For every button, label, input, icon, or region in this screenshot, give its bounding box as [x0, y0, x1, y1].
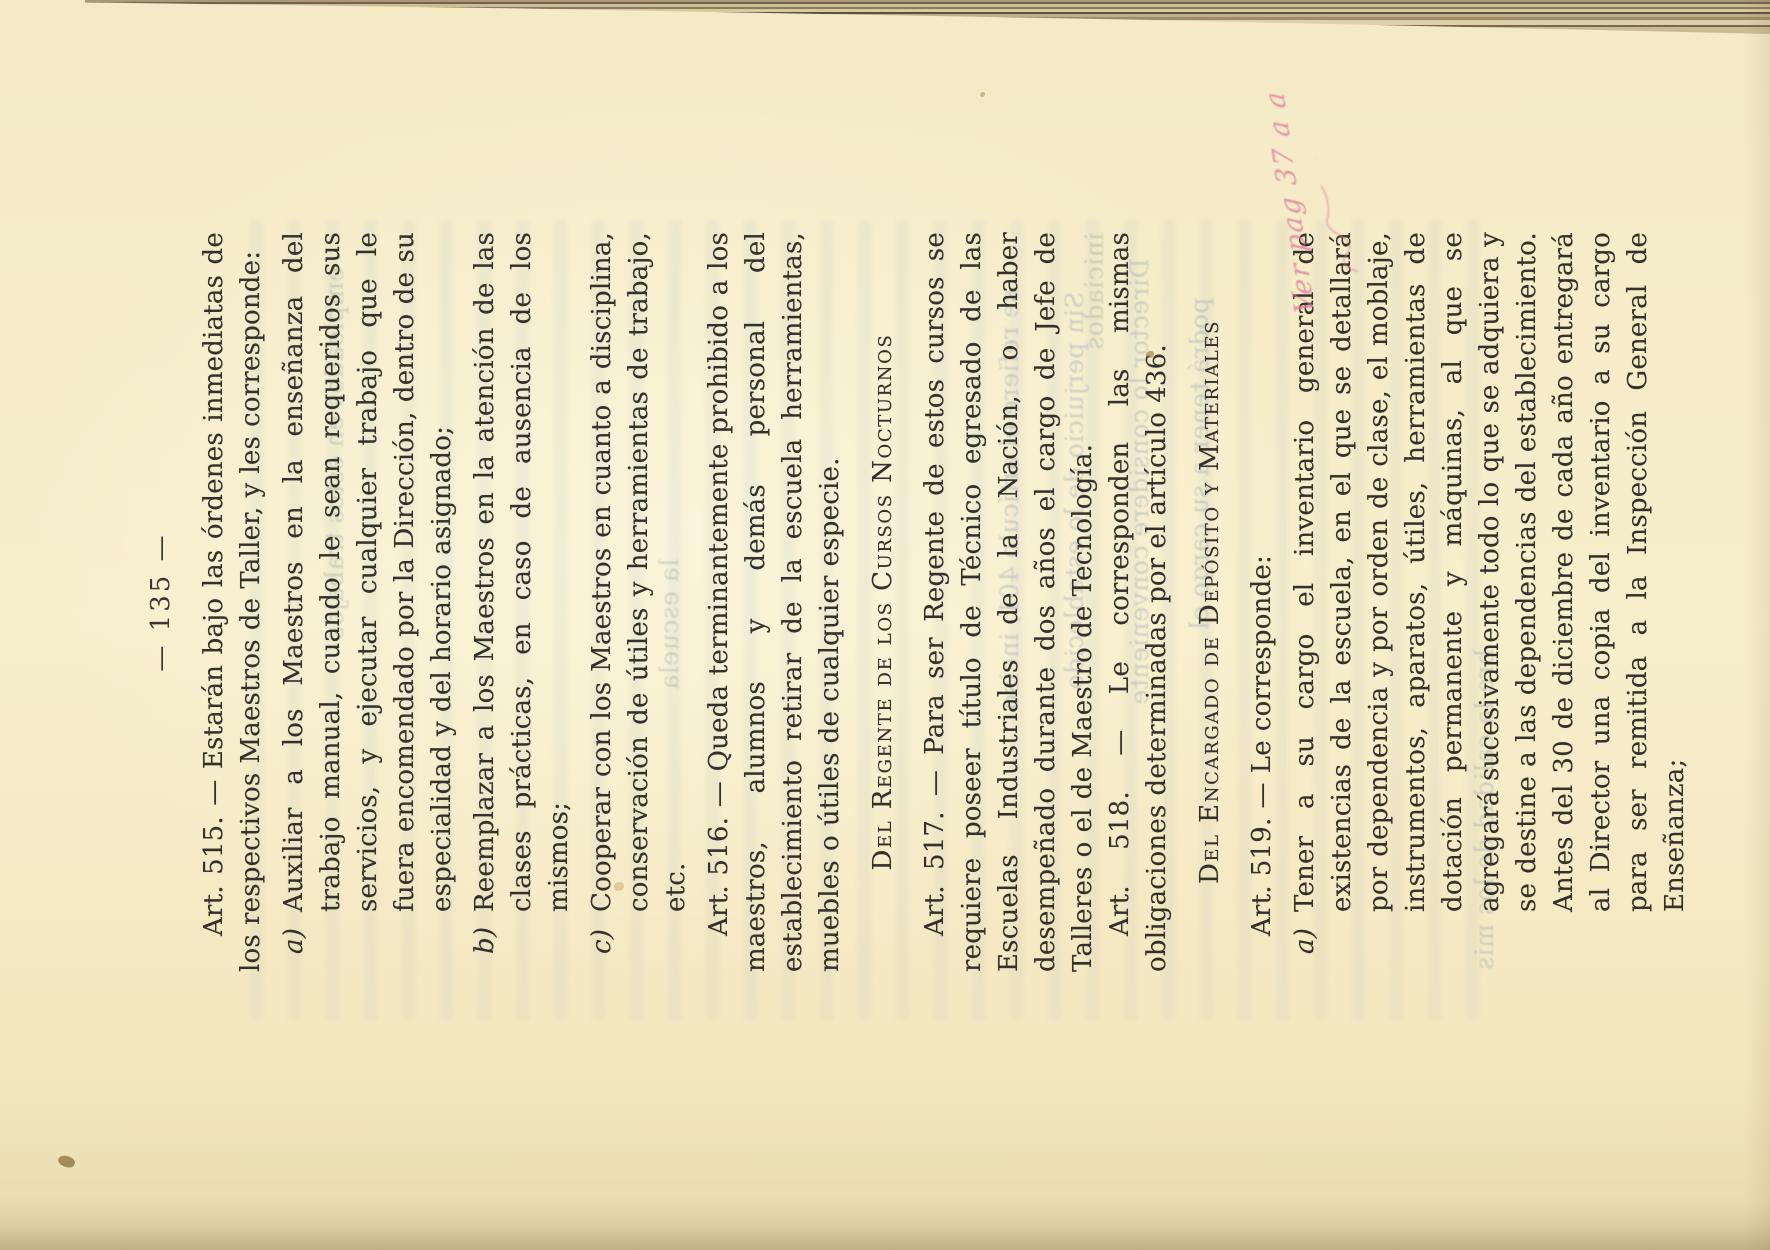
gutter-shadow — [0, 1198, 1770, 1250]
article-515-item-b: b) Reemplazar a los Maestros en la atenc… — [467, 232, 578, 912]
item-marker-a: a) — [276, 928, 313, 954]
edge-shadow — [1744, 0, 1770, 1250]
text-column: Art. 515. — Estarán bajo las órdenes inm… — [196, 232, 1700, 972]
rotated-page-content: — 135 — se refiere el artículo 401, inci… — [0, 0, 1770, 1250]
article-517-paragraph: Art. 517. — Para ser Regente de estos cu… — [917, 232, 1102, 972]
article-519-item-a: a) Tener a su cargo el inventario genera… — [1287, 232, 1694, 912]
item-marker-c: c) — [584, 929, 621, 954]
article-518-paragraph: Art. 518. — Le corresponden las mismas o… — [1102, 232, 1176, 972]
section-heading-encargado-deposito-materiales: Del Encargado de Depósito y Materiales — [1192, 232, 1229, 972]
item-marker-a: a) — [1287, 928, 1324, 954]
article-515-item-a: a) Auxiliar a los Maestros en la enseñan… — [276, 232, 461, 912]
article-515-item-c: c) Cooperar con los Maestros en cuanto a… — [584, 232, 695, 912]
section-heading-regente-cursos-nocturnos: Del Regente de los Cursos Nocturnos — [865, 232, 902, 972]
article-516-paragraph: Art. 516. — Queda terminantemente prohib… — [701, 232, 849, 972]
item-text: Cooperar con los Maestros en cuanto a di… — [587, 232, 691, 912]
item-text: Auxiliar a los Maestros en la enseñanza … — [279, 232, 457, 912]
item-text: Reemplazar a los Maestros en la atención… — [470, 232, 574, 912]
article-519-paragraph: Art. 519. — Le corresponde: — [1244, 232, 1281, 972]
page-number: — 135 — — [146, 232, 176, 972]
item-marker-b: b) — [467, 927, 504, 954]
item-text: Tener a su cargo el inventario general d… — [1290, 232, 1690, 912]
scanned-book-page: — 135 — se refiere el artículo 401, inci… — [0, 0, 1770, 1250]
article-515-paragraph: Art. 515. — Estarán bajo las órdenes inm… — [196, 232, 270, 972]
